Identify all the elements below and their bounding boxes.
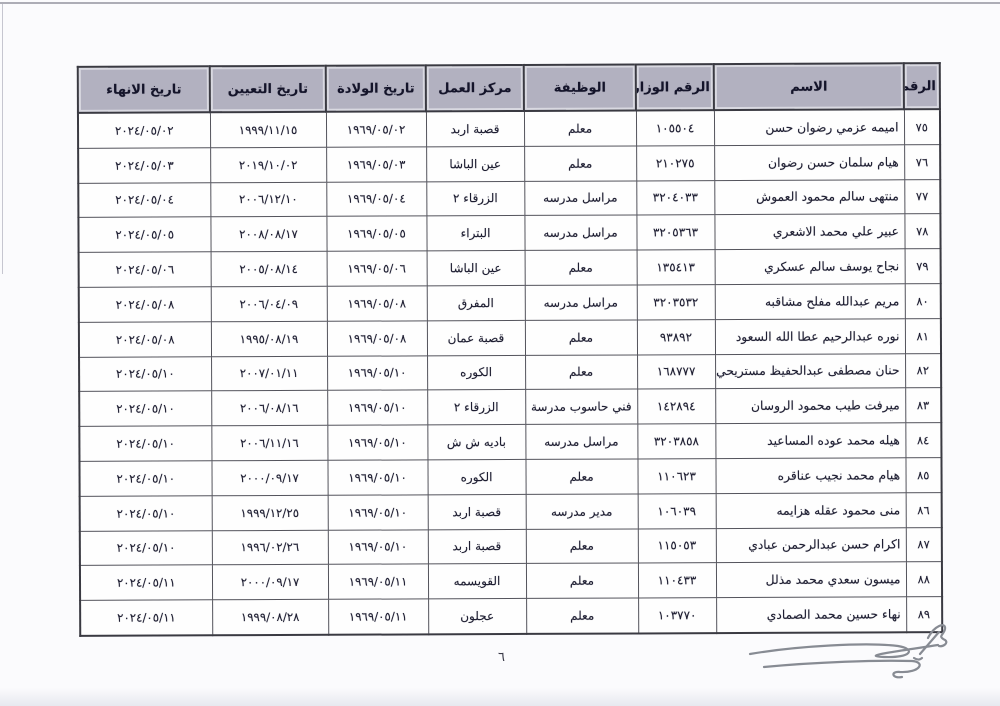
cell-date: ٢٠٠٦/٠٤/٠٩ <box>211 286 327 321</box>
cell-ministry: ٣٢٠٣٥٣٢ <box>637 285 715 320</box>
cell-center: قصبة اربد <box>428 494 526 529</box>
cell-name: اميمه عزمي رضوان حسن <box>714 109 904 145</box>
cell-date: ٢٠٢٤/٠٥/٠٣ <box>78 148 210 183</box>
cell-rownum: ٨٢ <box>905 353 941 388</box>
cell-date: ٢٠٢٤/٠٥/٠٨ <box>79 287 211 322</box>
table-row: ٨١نوره عبدالرحيم عطا الله السعود٩٣٨٩٢معل… <box>79 318 941 357</box>
cell-name: هيام محمد نجيب عناقره <box>715 458 905 494</box>
cell-name: ميسون سعدي محمد مذلل <box>716 562 906 598</box>
header-cell: الرقم <box>904 63 940 109</box>
cell-center: قصبة اربد <box>428 529 526 564</box>
cell-date: ١٩٩٥/٠٨/١٩ <box>211 321 327 356</box>
cell-name: منتهى سالم محمود العموش <box>714 179 904 215</box>
header-cell: تاريخ الولادة <box>326 65 426 111</box>
cell-date: ٢٠٠٧/٠١/١١ <box>211 356 327 391</box>
cell-center: قصبة عمان <box>427 320 525 355</box>
cell-name: حنان مصطفى عبدالحفيظ مستريحي <box>715 353 905 389</box>
cell-rownum: ٧٦ <box>904 144 940 179</box>
cell-date: ٢٠٢٤/٠٥/٠٦ <box>79 252 211 287</box>
cell-date: ٢٠٢٤/٠٥/٠٤ <box>78 182 210 217</box>
cell-ministry: ٩٣٨٩٢ <box>637 319 715 354</box>
cell-job: معلم <box>525 355 637 390</box>
cell-name: ميرفت طيب محمود الروسان <box>715 388 905 424</box>
header-cell: الرقم الوزاري <box>636 64 714 110</box>
cell-date: ٢٠٢٤/٠٥/١١ <box>80 600 212 636</box>
cell-job: فني حاسوب مدرسة <box>525 389 637 424</box>
cell-rownum: ٨٤ <box>905 423 941 458</box>
cell-ministry: ١٦٨٧٧٧ <box>637 354 715 389</box>
cell-center: الكوره <box>427 459 525 494</box>
table-row: ٨٨ميسون سعدي محمد مذلل١١٠٤٣٣معلمالقويسمه… <box>80 562 942 601</box>
cell-date: ١٩٦٩/٠٥/١٠ <box>328 495 428 530</box>
cell-center: قصبة اربد <box>426 111 524 147</box>
cell-ministry: ١٠٣٧٧٠ <box>638 598 716 634</box>
cell-date: ٢٠٢٤/٠٥/١٠ <box>79 461 211 496</box>
cell-date: ١٩٦٩/٠٥/١٠ <box>327 460 427 495</box>
cell-job: مراسل مدرسه <box>524 215 636 250</box>
cell-date: ١٩٦٩/٠٥/١٠ <box>327 355 427 390</box>
table-row: ٧٥اميمه عزمي رضوان حسن١٠٥٥٠٤معلمقصبة ارب… <box>78 109 940 148</box>
page-number: ٦ <box>498 650 505 665</box>
cell-date: ٢٠٠٨/٠٨/١٧ <box>210 217 326 252</box>
cell-date: ٢٠٠٠/٠٩/١٧ <box>211 460 327 495</box>
table-row: ٧٧منتهى سالم محمود العموش٣٢٠٤٠٣٣مراسل مد… <box>78 179 940 218</box>
cell-name: اكرام حسن عبدالرحمن عبادي <box>716 527 906 563</box>
cell-rownum: ٨١ <box>905 318 941 353</box>
cell-date: ٢٠١٩/١٠/٠٢ <box>210 147 326 182</box>
cell-ministry: ١١٠٤٣٣ <box>638 563 716 598</box>
table-row: ٧٩نجاح يوسف سالم عسكري١٣٥٤١٣معلمعين البا… <box>79 249 941 288</box>
cell-center: عجلون <box>428 599 526 635</box>
table-row: ٨٢حنان مصطفى عبدالحفيظ مستريحي١٦٨٧٧٧معلم… <box>79 353 941 392</box>
cell-job: مدير مدرسه <box>526 494 638 529</box>
cell-date: ٢٠٠٦/١١/١٦ <box>211 425 327 460</box>
cell-center: باديه ش ش <box>427 425 525 460</box>
cell-date: ١٩٦٩/٠٥/١٠ <box>327 425 427 460</box>
signature <box>742 616 972 696</box>
cell-date: ١٩٦٩/٠٥/٠٣ <box>326 147 426 182</box>
cell-center: المفرق <box>427 285 525 320</box>
cell-date: ٢٠٢٤/٠٥/٠٨ <box>79 322 211 357</box>
cell-date: ٢٠٠٦/١٢/١٠ <box>210 182 326 217</box>
table-row: ٨٠مريم عبدالله مفلح مشاقبه٣٢٠٣٥٣٢مراسل م… <box>79 284 941 323</box>
table-row: ٧٨عبير علي محمد الاشعري٣٢٠٥٣٦٣مراسل مدرس… <box>78 214 940 253</box>
cell-date: ٢٠٠٦/٠٨/١٦ <box>211 391 327 426</box>
cell-ministry: ١١٠٦٢٣ <box>637 459 715 494</box>
scan-edge-top <box>0 2 1000 4</box>
cell-name: نجاح يوسف سالم عسكري <box>715 249 905 285</box>
cell-date: ٢٠٢٤/٠٥/١٠ <box>80 496 212 531</box>
cell-ministry: ٢١٠٢٧٥ <box>636 145 714 180</box>
cell-job: معلم <box>524 110 636 146</box>
cell-job: معلم <box>526 598 638 634</box>
cell-job: معلم <box>526 563 638 598</box>
cell-date: ٢٠٢٤/٠٥/١٠ <box>79 426 211 461</box>
cell-rownum: ٨٥ <box>905 458 941 493</box>
cell-center: الزرقاء ٢ <box>426 181 524 216</box>
cell-ministry: ٣٢٠٤٠٣٣ <box>636 180 714 215</box>
cell-ministry: ١٠٥٥٠٤ <box>636 110 714 146</box>
cell-rownum: ٨٧ <box>906 527 942 562</box>
cell-center: الزرقاء ٢ <box>427 390 525 425</box>
cell-job: مراسل مدرسه <box>525 424 637 459</box>
table-row: ٨٦منى محمود عقله هزايمه١٠٦٠٣٩مدير مدرسهق… <box>80 492 942 531</box>
cell-job: مراسل مدرسه <box>525 285 637 320</box>
scanned-document-page: { "document": { "page_number": "٦" }, "c… <box>0 0 1000 706</box>
table-row: ٨٣ميرفت طيب محمود الروسان١٤٢٨٩٤فني حاسوب… <box>79 388 941 427</box>
cell-center: البتراء <box>426 216 524 251</box>
cell-center: القويسمه <box>428 564 526 599</box>
cell-name: نوره عبدالرحيم عطا الله السعود <box>715 319 905 355</box>
cell-date: ١٩٦٩/٠٥/١١ <box>328 564 428 599</box>
cell-name: مريم عبدالله مفلح مشاقبه <box>715 284 905 320</box>
cell-date: ٢٠٢٤/٠٥/٠٥ <box>78 217 210 252</box>
cell-job: معلم <box>524 146 636 181</box>
cell-date: ٢٠٢٤/٠٥/١٠ <box>79 391 211 426</box>
cell-date: ١٩٦٩/٠٥/٠٥ <box>326 216 426 251</box>
cell-job: معلم <box>526 529 638 564</box>
cell-date: ١٩٩٩/١١/١٥ <box>210 112 326 148</box>
cell-date: ١٩٩٩/١٢/٢٥ <box>212 495 328 530</box>
cell-date: ٢٠٢٤/٠٥/١١ <box>80 565 212 600</box>
cell-job: معلم <box>525 320 637 355</box>
cell-name: هيام سلمان حسن رضوان <box>714 145 904 181</box>
cell-name: هيله محمد عوده المساعيد <box>715 423 905 459</box>
cell-date: ١٩٦٩/٠٥/٠٦ <box>327 251 427 286</box>
cell-ministry: ١٤٢٨٩٤ <box>637 389 715 424</box>
cell-date: ٢٠٢٤/٠٥/١٠ <box>79 356 211 391</box>
employee-table: الرقمالاسمالرقم الوزاريالوظيفةمركز العمل… <box>77 62 943 637</box>
cell-ministry: ١٣٥٤١٣ <box>637 250 715 285</box>
scan-edge-left <box>2 4 3 274</box>
cell-center: عين الباشا <box>427 251 525 286</box>
table-row: ٨٤هيله محمد عوده المساعيد٣٢٠٣٨٥٨مراسل مد… <box>79 423 941 462</box>
cell-date: ١٩٦٩/٠٥/٠٨ <box>327 286 427 321</box>
cell-date: ١٩٩٩/٠٨/٢٨ <box>212 599 328 635</box>
cell-date: ١٩٦٩/٠٥/٠٢ <box>326 111 426 147</box>
cell-rownum: ٨٨ <box>906 562 942 597</box>
cell-name: عبير علي محمد الاشعري <box>714 214 904 250</box>
cell-date: ٢٠٠٠/٠٩/١٧ <box>212 565 328 600</box>
cell-date: ١٩٦٩/٠٥/٠٤ <box>326 181 426 216</box>
cell-rownum: ٧٧ <box>904 179 940 214</box>
cell-date: ٢٠٢٤/٠٥/١٠ <box>80 530 212 565</box>
cell-center: عين الباشا <box>426 146 524 181</box>
cell-ministry: ١٠٦٠٣٩ <box>638 493 716 528</box>
cell-ministry: ١١٥٠٥٣ <box>638 528 716 563</box>
cell-date: ١٩٦٩/٠٥/٠٨ <box>327 321 427 356</box>
cell-date: ١٩٦٩/٠٥/١٠ <box>327 390 427 425</box>
cell-date: ٢٠٢٤/٠٥/٠٢ <box>78 112 210 148</box>
cell-job: معلم <box>525 250 637 285</box>
table-row: ٧٦هيام سلمان حسن رضوان٢١٠٢٧٥معلمعين البا… <box>78 144 940 183</box>
header-cell: الوظيفة <box>524 64 636 110</box>
cell-rownum: ٨٦ <box>906 492 942 527</box>
header-cell: تاريخ الانهاء <box>78 66 210 113</box>
cell-date: ٢٠٠٥/٠٨/١٤ <box>211 251 327 286</box>
cell-date: ١٩٦٩/٠٥/١٠ <box>328 529 428 564</box>
table-row: ٨٧اكرام حسن عبدالرحمن عبادي١١٥٠٥٣معلمقصب… <box>80 527 942 566</box>
cell-rownum: ٧٨ <box>904 214 940 249</box>
header-cell: تاريخ التعيين <box>210 66 326 113</box>
cell-job: معلم <box>525 459 637 494</box>
table-row: ٨٥هيام محمد نجيب عناقره١١٠٦٢٣معلمالكوره١… <box>79 458 941 497</box>
cell-rownum: ٧٩ <box>905 249 941 284</box>
cell-date: ١٩٦٩/٠٥/١١ <box>328 599 428 635</box>
cell-center: الكوره <box>427 355 525 390</box>
cell-rownum: ٧٥ <box>904 109 940 144</box>
cell-ministry: ٣٢٠٣٨٥٨ <box>637 424 715 459</box>
cell-rownum: ٨٠ <box>905 284 941 319</box>
cell-ministry: ٣٢٠٥٣٦٣ <box>636 215 714 250</box>
cell-job: مراسل مدرسه <box>524 181 636 216</box>
cell-date: ١٩٩٦/٠٢/٢٦ <box>212 530 328 565</box>
header-cell: الاسم <box>714 63 904 110</box>
table-header-row: الرقمالاسمالرقم الوزاريالوظيفةمركز العمل… <box>78 63 940 113</box>
header-cell: مركز العمل <box>426 65 524 111</box>
table-body: ٧٥اميمه عزمي رضوان حسن١٠٥٥٠٤معلمقصبة ارب… <box>78 109 942 636</box>
cell-name: منى محمود عقله هزايمه <box>716 493 906 529</box>
cell-rownum: ٨٣ <box>905 388 941 423</box>
